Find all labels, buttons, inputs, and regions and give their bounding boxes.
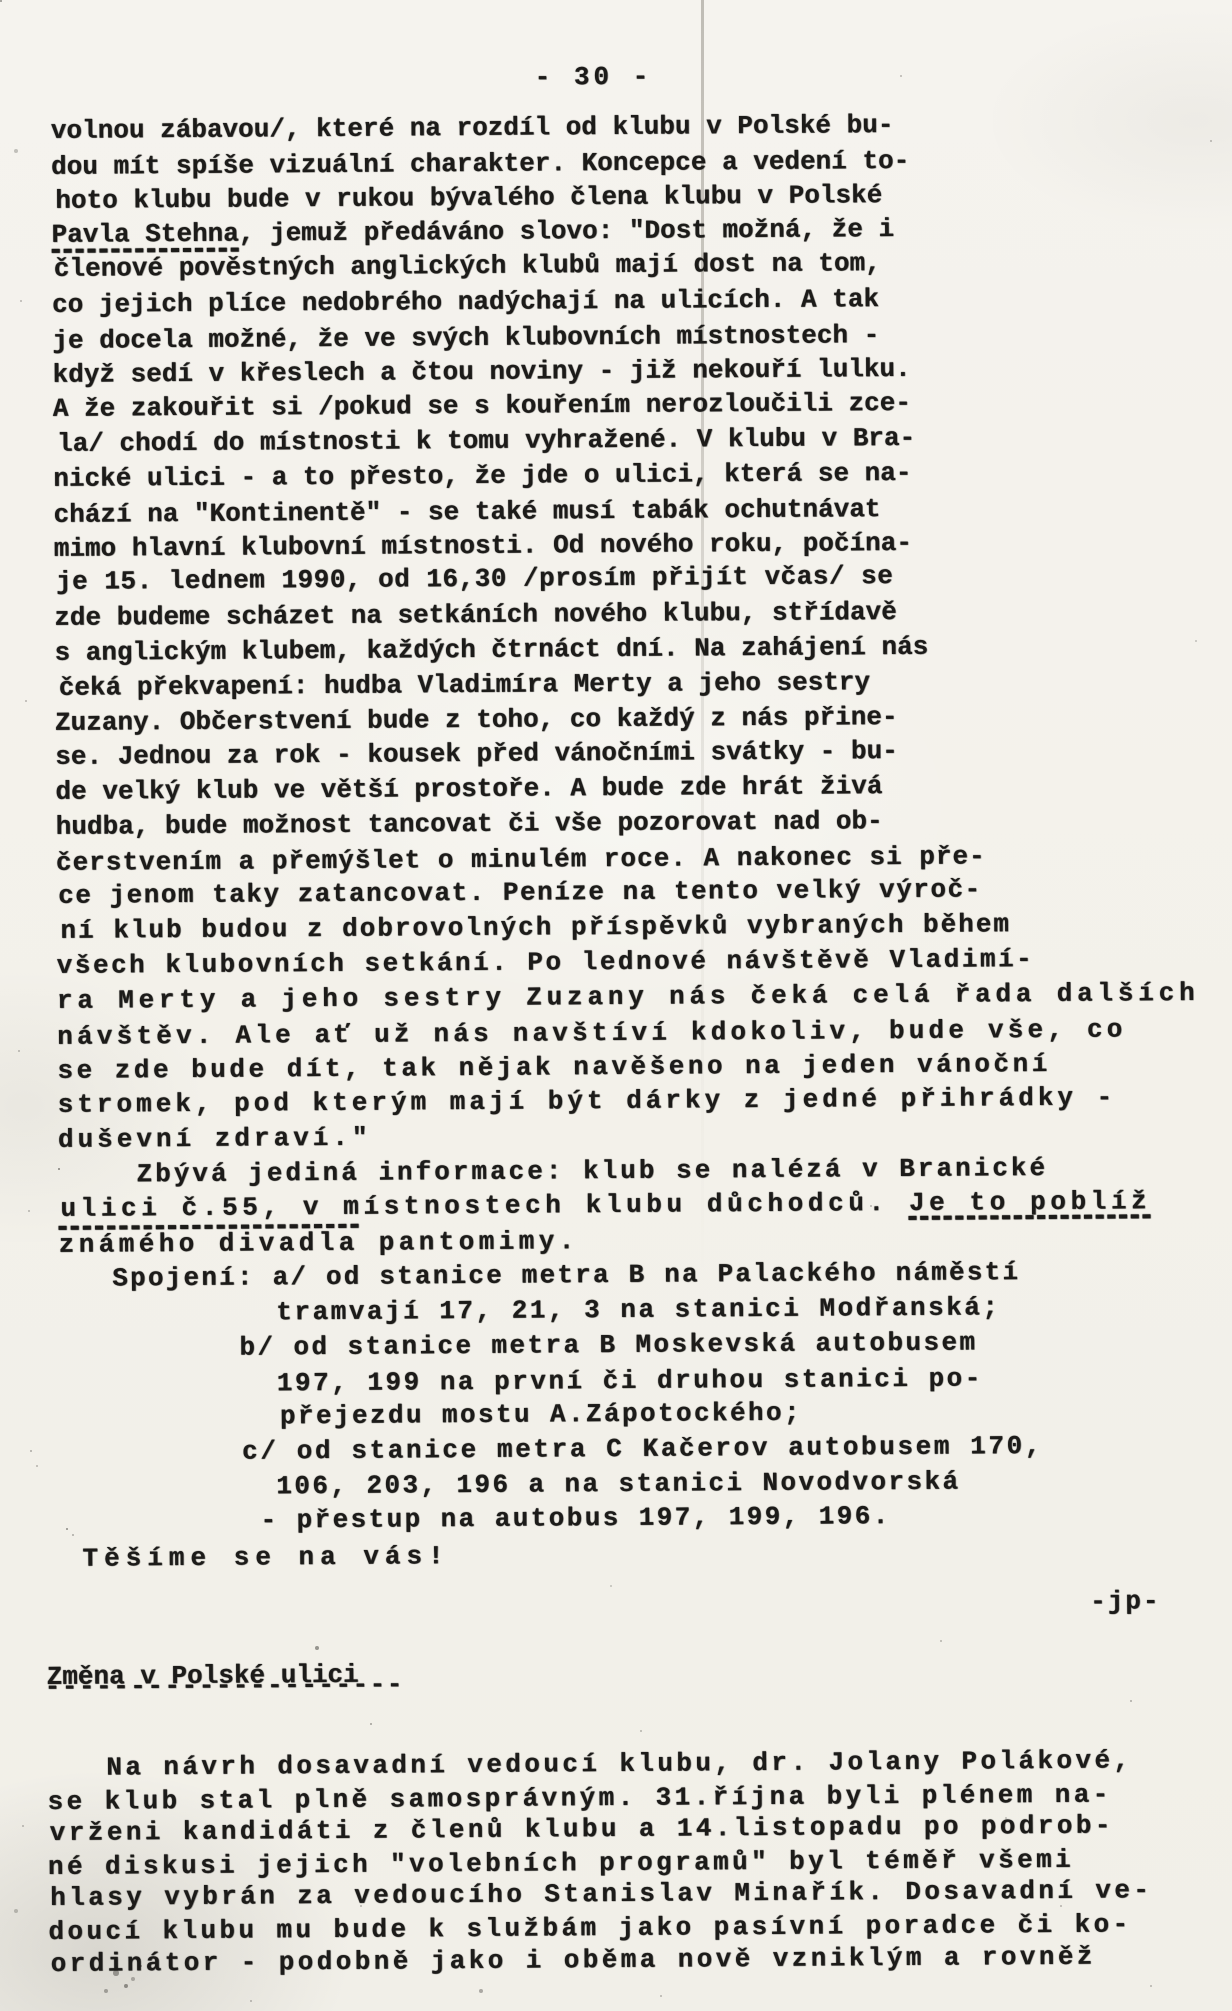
text-segment: pantomimy. bbox=[359, 1226, 579, 1258]
underlined-phrase: Je to poblíž bbox=[909, 1186, 1152, 1218]
typewritten-content: - 30 - volnou zábavou/, které na rozdíl … bbox=[0, 0, 1232, 2011]
heading-underline: --------------------- bbox=[45, 1669, 404, 1702]
underlined-phrase: Pavla Stehna bbox=[52, 219, 239, 250]
author-initials: -jp- bbox=[1090, 1586, 1161, 1616]
text-segment: ulici č.55, v místnostech klubu důchodců… bbox=[60, 1188, 909, 1224]
text-line: - přestup na autobus 197, 199, 196. bbox=[62, 1497, 1205, 1540]
document-page: - 30 - volnou zábavou/, které na rozdíl … bbox=[0, 0, 1232, 2011]
underlined-phrase: známého divadla bbox=[59, 1227, 359, 1259]
text-segment: , jemuž předáváno slovo: "Dost možná, že… bbox=[239, 214, 895, 249]
scan-speckles bbox=[0, 0, 2, 2]
text-line: Těšíme se na vás! bbox=[61, 1534, 1204, 1577]
page-number: - 30 - bbox=[0, 58, 1194, 96]
body-text: volnou zábavou/, které na rozdíl od klub… bbox=[51, 106, 1204, 1575]
section-text: Na návrh dosavadní vedoucí klubu, dr. Jo… bbox=[49, 1744, 1153, 1980]
